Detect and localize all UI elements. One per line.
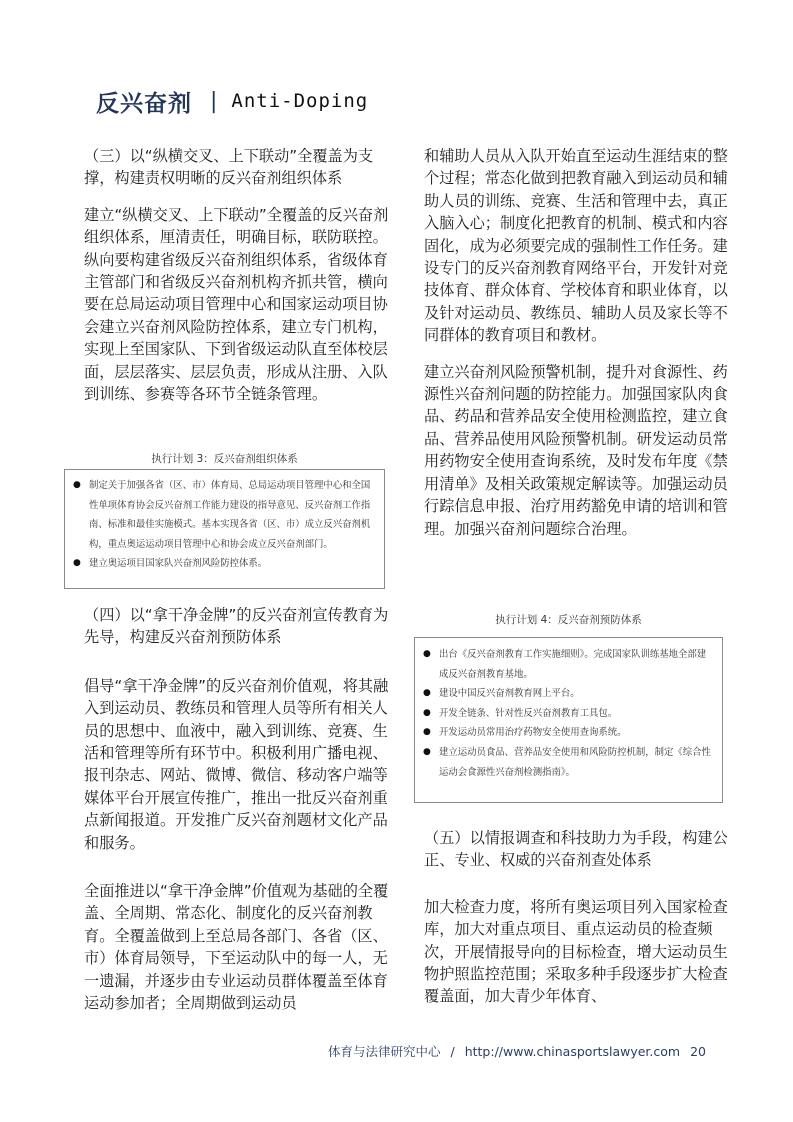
section4-heading: （四）以“拿干净金牌”的反兴奋剂宣传教育为先导，构建反兴奋剂预防体系 [84,604,400,649]
plan3-box: 执行计划 3：反兴奋剂组织体系 ● 制定关于加强各省（区、市）体育局、总局运动项… [64,449,385,589]
plan3-title: 执行计划 3：反兴奋剂组织体系 [64,449,385,469]
plan4-item: ● 建立运动员食品、营养品安全使用和风险防控机制，制定《综合性运动会食源性兴奋剂… [423,743,712,782]
plan4-item: ● 出台《反兴奋剂教育工作实施细则》。完成国家队训练基地全部建成反兴奋剂教育基地… [423,645,712,684]
plan3-item: ● 建立奥运项目国家队兴奋剂风险防控体系。 [73,554,374,574]
section5-body: 加大检查力度，将所有奥运项目列入国家检查库，加大对重点项目、重点运动员的检查频次… [424,896,734,1008]
section4-continued: 和辅助人员从入队开始直至运动生涯结束的整个过程；常态化做到把教育融入到运动员和辅… [424,145,734,540]
page-footer: 体育与法律研究中心 / http://www.chinasportslawyer… [328,1042,712,1060]
plan4-item: ● 开发运动员常用治疗药物安全使用查询系统。 [423,723,712,743]
section4-body-1: 倡导“拿干净金牌”的反兴奋剂价值观，将其融入到运动员、教练员和管理人员等所有相关… [84,675,400,854]
plan3-item: ● 制定关于加强各省（区、市）体育局、总局运动项目管理中心和全国性单项体育协会反… [73,476,374,554]
header-title-cn: 反兴奋剂 [96,85,192,118]
plan4-box: 执行计划 4：反兴奋剂预防体系 ● 出台《反兴奋剂教育工作实施细则》。完成国家队… [414,608,723,803]
footer-separator: / [451,1044,455,1059]
bullet-icon: ● [73,554,89,574]
bullet-icon: ● [423,704,439,724]
page-header: 反兴奋剂 | Anti-Doping [96,84,368,118]
education-body: 和辅助人员从入队开始直至运动生涯结束的整个过程；常态化做到把教育融入到运动员和辅… [424,145,734,347]
section5: （五）以情报调查和科技助力为手段，构建公正、专业、权威的兴奋剂查处体系 加大检查… [424,827,734,1008]
header-separator: | [210,89,217,114]
page-number: 20 [690,1044,706,1059]
header-title-en: Anti-Doping [231,90,368,112]
section4-body-2: 全面推进以“拿干净金牌”价值观为基础的全覆盖、全周期、常态化、制度化的反兴奋剂教… [84,880,400,1014]
section3-body: 建立“纵横交叉、上下联动”全覆盖的反兴奋剂组织体系，厘清责任，明确目标，联防联控… [84,204,400,406]
plan4-title: 执行计划 4：反兴奋剂预防体系 [414,608,723,637]
plan4-item: ● 建设中国反兴奋剂教育网上平台。 [423,684,712,704]
section4: （四）以“拿干净金牌”的反兴奋剂宣传教育为先导，构建反兴奋剂预防体系 倡导“拿干… [84,604,400,1015]
plan3-list: ● 制定关于加强各省（区、市）体育局、总局运动项目管理中心和全国性单项体育协会反… [64,469,385,589]
bullet-icon: ● [423,743,439,782]
bullet-icon: ● [423,645,439,684]
bullet-icon: ● [423,684,439,704]
plan4-list: ● 出台《反兴奋剂教育工作实施细则》。完成国家队训练基地全部建成反兴奋剂教育基地… [414,637,723,803]
section3: （三）以“纵横交叉、上下联动”全覆盖为支撑，构建责权明晰的反兴奋剂组织体系 建立… [84,145,400,405]
bullet-icon: ● [73,476,89,554]
risk-warning-body: 建立兴奋剂风险预警机制，提升对食源性、药源性兴奋剂问题的防控能力。加强国家队肉食… [424,361,734,540]
footer-org: 体育与法律研究中心 [328,1044,441,1059]
plan4-item: ● 开发全链条、针对性反兴奋剂教育工具包。 [423,704,712,724]
footer-url[interactable]: http://www.chinasportslawyer.com [465,1044,680,1059]
section3-heading: （三）以“纵横交叉、上下联动”全覆盖为支撑，构建责权明晰的反兴奋剂组织体系 [84,145,400,190]
section5-heading: （五）以情报调查和科技助力为手段，构建公正、专业、权威的兴奋剂查处体系 [424,827,734,872]
bullet-icon: ● [423,723,439,743]
